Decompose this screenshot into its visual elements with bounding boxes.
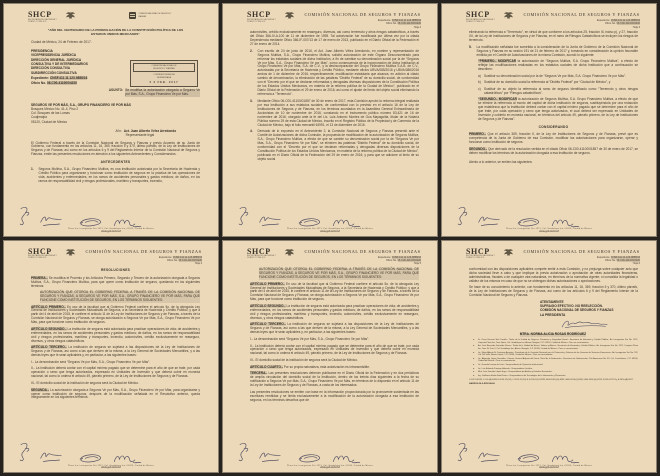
header-reference-block: Expediente: CNSF.411.11.123-9858/16Ofici… bbox=[85, 256, 202, 266]
reference-value: 06-C00-41100/04220 bbox=[47, 81, 77, 85]
paragraph-text: conformidad con las disposiciones aplica… bbox=[469, 267, 638, 283]
cc-marker: c. bbox=[473, 368, 476, 371]
paragraph: Las presentes resoluciones se emiten con… bbox=[250, 391, 419, 403]
paragraph: ARTÍCULO PRIMERO.- En uso de la facultad… bbox=[31, 306, 200, 326]
legend-line: “AÑO DEL CENTENARIO DE LA PROMULGACIÓN D… bbox=[45, 28, 187, 36]
paragraph-text: I.- La denominación será “Seguros Ve por… bbox=[250, 337, 369, 341]
letter-text: Sustituir de su objeto la referencia al … bbox=[484, 88, 638, 96]
item-text: Mediante Oficio 06-C00-41100/01857 de 30… bbox=[258, 100, 420, 128]
cc-entry: c.Ing. Guillermo Emilio Soto Rivera.- Vi… bbox=[473, 375, 638, 378]
hoja-number: Hoja 2 bbox=[304, 26, 421, 29]
oficio-value: 06-C00-41100/04220 bbox=[617, 22, 640, 25]
reference-codes: C-2017-081-M, C-CG-(A)-0083, E-2016-12-(… bbox=[469, 379, 638, 382]
signature-scribbles bbox=[15, 204, 152, 232]
cc-text: Mtro. José Gerardo López Hoyo.- Vicepres… bbox=[478, 371, 638, 374]
document-scan-grid: SHCPSECRETARÍA DE HACIENDA Y CRÉDITO PÚB… bbox=[0, 0, 660, 476]
paragraph-text: Se modifica el Proemio y los Artículos P… bbox=[31, 276, 200, 288]
paragraph-text: Las presentes resoluciones deberán publi… bbox=[250, 371, 419, 387]
oficio-label: Oficio No. bbox=[386, 22, 397, 25]
lettered-item: a)Sustituir su denominación social por l… bbox=[478, 75, 638, 79]
page-header-right: COMISIÓN NACIONAL DE SEGUROS Y FIANZASEx… bbox=[304, 248, 421, 266]
header-reference-block: Expediente: CNSF.411.11.123-9858/16Ofici… bbox=[523, 256, 640, 266]
asunto-label: ASUNTO: bbox=[109, 89, 123, 97]
page-header: SHCPSECRETARÍA DE HACIENDA Y CRÉDITO PÚB… bbox=[247, 248, 421, 266]
cc-entry: c.Lic. Alejandro López González.- Direct… bbox=[473, 358, 638, 363]
shcp-logo: SHCPSECRETARÍA DE HACIENDA Y CRÉDITO PÚB… bbox=[28, 11, 58, 24]
shcp-logo-text: SHCP bbox=[28, 11, 58, 19]
signature-scribbles bbox=[453, 440, 590, 468]
item-text: Con escrito de 24 de junio de 2016, el A… bbox=[258, 50, 420, 98]
document-page-4: SHCPSECRETARÍA DE HACIENDA Y CRÉDITO PÚB… bbox=[3, 240, 219, 474]
oficio-label: Oficio No. bbox=[167, 259, 178, 262]
document-page-6: SHCPSECRETARÍA DE HACIENDA Y CRÉDITO PÚB… bbox=[441, 240, 657, 474]
item-text: La modificación señalada fue sometida a … bbox=[477, 46, 639, 58]
section-heading: RESOLUCIONES bbox=[31, 269, 200, 273]
received-stamp: COMISIÓN NACIONAL DESEGUROS Y FIANZASCOR… bbox=[130, 60, 198, 87]
paragraph: III.- El domicilio social de la instituc… bbox=[31, 382, 200, 386]
page-body: RESOLUCIONESPRIMERA.- Se modifica el Pro… bbox=[31, 269, 200, 400]
cnsf-seal-icon bbox=[129, 12, 136, 19]
hoja-number: Hoja 5 bbox=[304, 262, 421, 265]
item-number: 4. bbox=[250, 130, 255, 162]
paragraph: ARTÍCULO PRIMERO.- En uso de la facultad… bbox=[250, 283, 419, 303]
paragraph-text: Las presentes resoluciones se emiten con… bbox=[250, 390, 419, 402]
authorization-block: AUTORIZACIÓN QUE OTORGA EL GOBIERNO FEDE… bbox=[40, 291, 200, 303]
page-header-right: COMISIÓN NACIONAL DE SEGUROS Y FIANZASEx… bbox=[523, 248, 640, 266]
shcp-logo-text: SHCP bbox=[466, 11, 496, 19]
page-header: SHCPSECRETARÍA DE HACIENDA Y CRÉDITO PÚB… bbox=[28, 248, 202, 266]
hoja-number: Hoja 6 bbox=[523, 262, 640, 265]
paragraph: III.- El domicilio social de la instituc… bbox=[250, 359, 419, 363]
numbered-item: 2.Con escrito de 24 de junio de 2016, el… bbox=[250, 50, 419, 98]
cc-entry: c.Lic. Gerardo Lozano de León.- Vicepres… bbox=[473, 364, 638, 367]
cc-text: Lic. Luis Eduardo Zurriaga Holanda.- Vic… bbox=[478, 368, 638, 371]
cc-marker: c. bbox=[473, 339, 476, 344]
asunto-text: Se modifica la autorización otorgada a S… bbox=[125, 89, 200, 97]
letter-marker: c) bbox=[478, 88, 482, 96]
paragraph-text: I.- La denominación será “Seguros Ve por… bbox=[31, 360, 150, 364]
paragraph: TERCERA.- Las presentes resoluciones deb… bbox=[250, 372, 419, 388]
text-line: Ciudad de México, 24 de Febrero de 2017. bbox=[31, 41, 200, 45]
page-body: AUTORIZACIÓN QUE OTORGA EL GOBIERNO FEDE… bbox=[250, 268, 419, 402]
cc-marker: c. bbox=[473, 352, 476, 357]
shcp-logo-subtitle: SECRETARÍA DE HACIENDA Y CRÉDITO PÚBLICO bbox=[466, 256, 496, 260]
signature-scribbles bbox=[234, 204, 371, 232]
lettered-item: b)Sustituir de su domicilio social la re… bbox=[478, 81, 638, 85]
cc-entry: c.Act. José Bernardo González Rosas.- Ti… bbox=[473, 345, 638, 350]
paragraph: ARTÍCULO TERCERO.- La institución de seg… bbox=[250, 323, 419, 335]
numbered-item: 1.Seguros Multiva, S.A., Grupo Financier… bbox=[31, 168, 200, 184]
page-body: “AÑO DEL CENTENARIO DE LA PROMULGACIÓN D… bbox=[31, 28, 200, 185]
attention-role: Representante legal bbox=[126, 134, 200, 138]
cc-text: Ing. Guillermo Emilio Soto Rivera.- Vice… bbox=[478, 375, 638, 378]
numbered-item: 5.La modificación señalada fue sometida … bbox=[469, 46, 638, 58]
eagle-seal-icon bbox=[502, 11, 515, 20]
hoja-number: Hoja 3 bbox=[523, 26, 640, 29]
paragraph: II.- La Institución deberá contar con el… bbox=[250, 345, 419, 357]
item-number: 3. bbox=[250, 100, 255, 128]
oficio-value: 06-C00-41100/04220 bbox=[398, 22, 421, 25]
document-page-1: SHCPSECRETARÍA DE HACIENDA Y CRÉDITO PÚB… bbox=[3, 3, 219, 237]
eagle-seal-icon bbox=[64, 248, 77, 257]
paragraph-text: III.- El domicilio social de la instituc… bbox=[31, 381, 139, 385]
reference-label: Expediente: bbox=[31, 76, 49, 80]
cc-marker: c. bbox=[473, 371, 476, 374]
item-number: 5. bbox=[469, 46, 474, 58]
cc-entry: c.Lic. Luis Eduardo Zurriaga Holanda.- V… bbox=[473, 368, 638, 371]
commission-title: COMISIÓN NACIONAL DE SEGUROS Y FIANZAS bbox=[523, 249, 640, 254]
cc-marker: c. bbox=[473, 364, 476, 367]
shcp-logo-subtitle: SECRETARÍA DE HACIENDA Y CRÉDITO PÚBLICO bbox=[466, 20, 496, 24]
page-header-right: COMISIÓN NACIONAL DE SEGUROS Y FIANZAS bbox=[85, 11, 202, 19]
shcp-logo: SHCPSECRETARÍA DE HACIENDA Y CRÉDITO PÚB… bbox=[247, 11, 277, 24]
attention-block: At'n:Act. Juan Alberto Vélez ArredondoRe… bbox=[31, 130, 200, 138]
paragraph: SEGUNDA.- La autorización otorgada a Seg… bbox=[31, 389, 200, 401]
shcp-logo: SHCPSECRETARÍA DE HACIENDA Y CRÉDITO PÚB… bbox=[247, 248, 277, 261]
document-page-5: SHCPSECRETARÍA DE HACIENDA Y CRÉDITO PÚB… bbox=[222, 240, 438, 474]
signer-name-wrap: MTRA. NORMA ALICIA ROSAS RODRÍGUEZ bbox=[469, 333, 638, 337]
paragraph-text: III.- El domicilio social de la instituc… bbox=[250, 358, 358, 362]
header-reference-block: Expediente: CNSF.411.11.123-9858/16Ofici… bbox=[304, 19, 421, 29]
paragraph: II.- La Institución deberá contar con el… bbox=[31, 367, 200, 379]
document-page-3: SHCPSECRETARÍA DE HACIENDA Y CRÉDITO PÚB… bbox=[441, 3, 657, 237]
header-reference-block: Expediente: CNSF.411.11.123-9858/16Ofici… bbox=[523, 19, 640, 29]
stamp-line-4: DESPACHADA bbox=[133, 77, 195, 80]
eagle-seal-icon bbox=[283, 248, 296, 257]
paragraph-lead: ARTÍCULO CUARTO.- bbox=[250, 365, 283, 369]
addressee-address-line: 05120, Ciudad de México bbox=[31, 121, 200, 125]
paragraph: “SEGUNDO.- MODIFICAR la autorización de … bbox=[478, 98, 638, 122]
stamp-date: 2 3 FEB. 2017 bbox=[133, 81, 195, 85]
page-body: conformidad con las disposiciones aplica… bbox=[469, 268, 638, 386]
attention-label: At'n: bbox=[116, 130, 122, 134]
stamp-line-2: SEGUROS Y FIANZAS bbox=[135, 68, 193, 71]
numbered-item: 4.Derivado de lo expuesto en el Antecede… bbox=[250, 130, 419, 162]
paragraph: ARTÍCULO SEGUNDO.- La institución de seg… bbox=[31, 328, 200, 344]
initials-line: NARR/GLDL/LEZH/JAGH bbox=[469, 383, 638, 386]
cc-text: Lic. Mario Alberto Di Costanzo Armenta.-… bbox=[478, 352, 638, 357]
cc-text: Dr. Óscar Ernesto Vela Treviño.- Titular… bbox=[478, 339, 638, 344]
item-text: Seguros Multiva, S.A., Grupo Financiero … bbox=[39, 168, 201, 184]
paragraph-text: Que derivado de la resolución vertida en… bbox=[469, 147, 638, 155]
cnsf-logo: COMISIÓN NACIONAL DE SEGUROS Y FIANZAS bbox=[129, 12, 202, 19]
section-heading: CONSIDERANDO bbox=[469, 126, 638, 130]
shcp-logo-subtitle: SECRETARÍA DE HACIENDA Y CRÉDITO PÚBLICO bbox=[28, 20, 58, 24]
oficio-label: Oficio No. bbox=[605, 259, 616, 262]
cc-marker: c. bbox=[473, 358, 476, 363]
eagle-seal-icon bbox=[502, 248, 515, 257]
signature-scribbles bbox=[453, 204, 590, 232]
letter-text: Sustituir su denominación social por la … bbox=[484, 75, 638, 79]
paragraph: ARTÍCULO CUARTO.- Por su propia naturale… bbox=[250, 366, 419, 370]
letter-text: Sustituir de su domicilio social la refe… bbox=[484, 81, 638, 85]
reference-value: CNSF.411.11.123-9858/16 bbox=[50, 76, 87, 80]
eagle-seal-icon bbox=[283, 11, 296, 20]
paragraph: ARTÍCULO SEGUNDO.- La institución de seg… bbox=[250, 305, 419, 321]
lettered-item: c)Sustituir de su objeto la referencia a… bbox=[478, 88, 638, 96]
paragraph-text: Por su propia naturaleza, esta autorizac… bbox=[284, 365, 370, 369]
paragraph-text: Que el artículo 369, fracción II, de la … bbox=[469, 132, 638, 144]
oficio-label: Oficio No. bbox=[605, 22, 616, 25]
commission-title: COMISIÓN NACIONAL DE SEGUROS Y FIANZAS bbox=[304, 12, 421, 17]
page-header-right: COMISIÓN NACIONAL DE SEGUROS Y FIANZASEx… bbox=[85, 248, 202, 266]
commission-title: COMISIÓN NACIONAL DE SEGUROS Y FIANZAS bbox=[523, 12, 640, 17]
paragraph-text: La autorización otorgada a Seguros Ve po… bbox=[31, 388, 200, 400]
cc-entry: c.Dr. Óscar Ernesto Vela Treviño.- Titul… bbox=[473, 339, 638, 344]
text-line: Atento a lo anterior, se emiten las sigu… bbox=[469, 161, 638, 165]
shcp-logo: SHCPSECRETARÍA DE HACIENDA Y CRÉDITO PÚB… bbox=[466, 248, 496, 261]
cc-text: Act. José Bernardo González Rosas.- Titu… bbox=[478, 345, 638, 350]
page-header: SHCPSECRETARÍA DE HACIENDA Y CRÉDITO PÚB… bbox=[28, 11, 202, 24]
signature-scribbles bbox=[15, 440, 152, 468]
shcp-logo: SHCPSECRETARÍA DE HACIENDA Y CRÉDITO PÚB… bbox=[466, 11, 496, 24]
page-header: SHCPSECRETARÍA DE HACIENDA Y CRÉDITO PÚB… bbox=[247, 11, 421, 29]
paragraph-text: II.- La Institución deberá contar con el… bbox=[250, 344, 419, 356]
item-number: 1. bbox=[31, 168, 36, 184]
shcp-logo-subtitle: SECRETARÍA DE HACIENDA Y CRÉDITO PÚBLICO bbox=[247, 256, 277, 260]
page-header-right: COMISIÓN NACIONAL DE SEGUROS Y FIANZASEx… bbox=[304, 11, 421, 29]
reference-label: Oficio No. bbox=[31, 81, 46, 85]
commission-title: COMISIÓN NACIONAL DE SEGUROS Y FIANZAS bbox=[85, 249, 202, 254]
paragraph: PRIMERO.- Que el artículo 369, fracción … bbox=[469, 133, 638, 145]
page-body: eliminando la referencia a “Terremoto”, … bbox=[469, 31, 638, 164]
item-text: Derivado de lo expuesto en el Antecedent… bbox=[258, 130, 420, 162]
presidenta-signature bbox=[533, 318, 638, 330]
authorization-block: AUTORIZACIÓN QUE OTORGA EL GOBIERNO FEDE… bbox=[259, 268, 419, 280]
page-header: SHCPSECRETARÍA DE HACIENDA Y CRÉDITO PÚB… bbox=[466, 11, 640, 29]
received-stamp-header: COMISIÓN NACIONAL DESEGUROS Y FIANZAS bbox=[133, 63, 195, 72]
cc-marker: c. bbox=[473, 375, 476, 378]
paragraph: PRIMERA.- Se modifica el Proemio y los A… bbox=[31, 277, 200, 289]
paragraph-text: El Gobierno Federal a través de la Comis… bbox=[31, 141, 200, 157]
shcp-logo-text: SHCP bbox=[247, 11, 277, 19]
cnsf-logo-text: COMISIÓN NACIONAL DE SEGUROS Y FIANZAS bbox=[138, 13, 172, 17]
page-body: automóviles, crédito exclusivamente en r… bbox=[250, 31, 419, 162]
paragraph: I.- La denominación será “Seguros Ve por… bbox=[250, 338, 419, 342]
cc-text: Lic. Gerardo Lozano de León.- Vicepresid… bbox=[478, 364, 638, 367]
eagle-seal-icon bbox=[64, 11, 77, 20]
paragraph: Se hace de su conocimiento lo anterior, … bbox=[469, 286, 638, 298]
paragraph: I.- La denominación será “Seguros Ve por… bbox=[31, 361, 200, 365]
paragraph: conformidad con las disposiciones aplica… bbox=[469, 268, 638, 284]
paragraph-text: automóviles, crédito exclusivamente en r… bbox=[250, 30, 419, 46]
closing-line: LA PRESIDENTA bbox=[540, 314, 638, 318]
signature-scribbles bbox=[234, 440, 371, 468]
shcp-logo-subtitle: SECRETARÍA DE HACIENDA Y CRÉDITO PÚBLICO bbox=[28, 256, 58, 260]
header-reference-block: Expediente: CNSF.411.11.123-9858/16Ofici… bbox=[304, 256, 421, 266]
numbered-item: 3.Mediante Oficio 06-C00-41100/01857 de … bbox=[250, 100, 419, 128]
paragraph: ARTÍCULO TERCERO.- La institución de seg… bbox=[31, 346, 200, 358]
paragraph: automóviles, crédito exclusivamente en r… bbox=[250, 31, 419, 47]
paragraph: SEGUNDO.- Que derivado de la resolución … bbox=[469, 148, 638, 156]
hoja-number: Hoja 4 bbox=[85, 262, 202, 265]
letter-marker: b) bbox=[478, 81, 482, 85]
cc-text: Lic. Alejandro López González.- Director… bbox=[478, 358, 638, 363]
paragraph: El Gobierno Federal a través de la Comis… bbox=[31, 142, 200, 158]
shcp-logo: SHCPSECRETARÍA DE HACIENDA Y CRÉDITO PÚB… bbox=[28, 248, 58, 261]
document-page-2: SHCPSECRETARÍA DE HACIENDA Y CRÉDITO PÚB… bbox=[222, 3, 438, 237]
paragraph: “PRIMERO.- MODIFICAR la autorización de … bbox=[478, 60, 638, 72]
paragraph-text: la autorización de Seguros Multiva, S.A.… bbox=[478, 97, 638, 121]
asunto-block: ASUNTO:Se modifica la autorización otorg… bbox=[109, 89, 200, 97]
section-heading: ANTECEDENTES bbox=[31, 161, 200, 165]
oficio-label: Oficio No. bbox=[386, 259, 397, 262]
shcp-logo-subtitle: SECRETARÍA DE HACIENDA Y CRÉDITO PÚBLICO bbox=[247, 20, 277, 24]
item-number: 2. bbox=[250, 50, 255, 98]
signer-name: MTRA. NORMA ALICIA ROSAS RODRÍGUEZ bbox=[520, 333, 586, 337]
paragraph-text: Se hace de su conocimiento lo anterior, … bbox=[469, 285, 638, 297]
cc-entry: c.Lic. Mario Alberto Di Costanzo Armenta… bbox=[473, 352, 638, 357]
cc-marker: c. bbox=[473, 345, 476, 350]
paragraph: eliminando la referencia a “Terremoto”, … bbox=[469, 31, 638, 43]
letter-marker: a) bbox=[478, 75, 482, 79]
paragraph-text: II.- La Institución deberá contar con el… bbox=[31, 366, 200, 378]
cc-entry: c.Mtro. José Gerardo López Hoyo.- Vicepr… bbox=[473, 371, 638, 374]
commission-title: COMISIÓN NACIONAL DE SEGUROS Y FIANZAS bbox=[304, 249, 421, 254]
page-header: SHCPSECRETARÍA DE HACIENDA Y CRÉDITO PÚB… bbox=[466, 248, 640, 266]
page-header-right: COMISIÓN NACIONAL DE SEGUROS Y FIANZASEx… bbox=[523, 11, 640, 29]
paragraph-text: eliminando la referencia a “Terremoto”, … bbox=[469, 30, 638, 42]
